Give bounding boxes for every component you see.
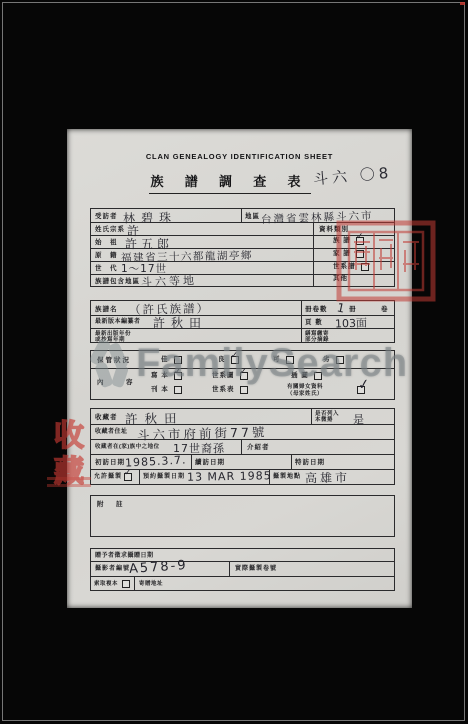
content-option-manuscript: 寫 本 ✓ <box>151 372 182 380</box>
checkbox <box>361 263 369 271</box>
copy-request-label: 索取複本 <box>94 581 118 588</box>
condition-option-excellent: 佳 <box>161 356 182 364</box>
pages-label: 頁 數 <box>305 319 323 326</box>
photographer-number-label: 攝影者編號 <box>95 566 130 573</box>
filming-place-label: 攝製地點 <box>273 474 301 481</box>
handwritten-page-note: 斗六 〇8 <box>312 162 393 190</box>
volumes-value: 1 <box>336 300 346 315</box>
red-collection-seal: 收藏 <box>45 419 91 529</box>
content-option-lineage-chart: 世系圖 ✓ <box>212 372 248 380</box>
interviewee-label: 受訪者 <box>95 213 118 220</box>
microfilmed-label-line2: 本微捲 <box>315 417 333 424</box>
condition-table: 保管狀況 佳 良 ✓ 可 劣 內 容 寫 本 ✓ 刊 本 世 <box>90 350 395 400</box>
category-option-family: 家 譜 <box>333 250 364 258</box>
contents-label: 內 容 <box>97 379 141 386</box>
checkbox <box>356 250 364 258</box>
actual-roll-label: 實際攝製卷號 <box>235 566 277 573</box>
microfilm-scan: CLAN GENEALOGY IDENTIFICATION SHEET 族 譜 … <box>0 0 468 724</box>
revisit-label: 續訪日期 <box>195 459 225 466</box>
area-value: 台灣省雲林縣斗六市 <box>261 208 374 227</box>
volume-unit: 冊 <box>349 306 357 313</box>
condition-option-fair: 可 <box>273 356 294 364</box>
condition-label: 保管狀況 <box>97 357 131 364</box>
first-ancestor-label: 始 祖 <box>95 239 118 246</box>
first-visit-value: 1985.3.7. <box>125 453 187 469</box>
editor-value: 許秋田 <box>153 314 207 331</box>
filming-place-value: 高雄市 <box>305 469 350 487</box>
introducer-label: 介紹者 <box>247 444 270 451</box>
first-visit-label: 初訪日期 <box>95 459 125 466</box>
category-option-clan: 族 譜 ✓ <box>333 237 364 245</box>
special-visit-label: 特訪日期 <box>295 459 325 466</box>
keeper-position-label: 收藏者在(家)族中之地位 <box>95 444 160 451</box>
appointment-label: 預約攝製日期 <box>143 474 185 481</box>
keeper-label: 收藏者 <box>95 414 118 421</box>
remarks-label: 附 註 <box>97 501 126 508</box>
sheet-title-english: CLAN GENEALOGY IDENTIFICATION SHEET <box>67 152 412 161</box>
origin-label: 原 籍 <box>95 252 118 259</box>
category-option-lineage: 世系譜 <box>333 263 369 271</box>
checkbox-checked: ✓ <box>357 386 365 394</box>
volume-table: 族譜名 （許氏族譜） 冊卷數 1 冊 卷 最新版本編纂者 許秋田 頁 數 103… <box>90 300 395 343</box>
pages-value: 103面 <box>335 314 368 331</box>
fascicle-unit: 卷 <box>381 306 389 313</box>
mailing-address-label: 寄贈地址 <box>139 581 163 588</box>
generations-label: 世 代 <box>95 265 118 272</box>
remarks-box: 附 註 <box>90 495 395 537</box>
filming-permitted-label: 允許攝製 <box>94 474 122 481</box>
coverage-label: 族譜包含地區 <box>95 278 140 285</box>
red-mark <box>460 2 465 5</box>
content-option-women: 有關婦女資料 （母家姓氏） <box>287 384 323 397</box>
photographer-number-value: A578-9 <box>129 558 189 577</box>
title-label: 族譜名 <box>95 306 118 313</box>
condition-option-good: 良 ✓ <box>218 356 239 364</box>
condition-option-poor: 劣 <box>323 356 344 364</box>
transcribe-label-line2: 部分摘錄 <box>305 337 329 344</box>
category-option-other: 其他 <box>333 275 348 282</box>
volumes-label: 冊卷數 <box>305 306 328 313</box>
checkbox-checked: ✓ <box>356 237 364 245</box>
genealogy-sheet: CLAN GENEALOGY IDENTIFICATION SHEET 族 譜 … <box>67 129 412 608</box>
publish-year-label-line2: 或抄寫年期 <box>95 337 125 344</box>
interviewee-table: 受訪者 林碧珠 地區 台灣省雲林縣斗六市 姓氏宗系 許 始 祖 許五郎 原 籍 … <box>90 208 395 287</box>
area-label: 地區 <box>245 213 260 220</box>
microfilmed-value: 是 <box>353 411 364 427</box>
content-option-illustration: 插 圖 <box>291 372 322 380</box>
content-option-lineage-table: 世系表 <box>212 386 248 394</box>
category-header: 資料類別 <box>319 226 349 233</box>
surname-label: 姓氏宗系 <box>95 226 125 233</box>
appointment-value: 13 MAR 1985 <box>187 469 272 483</box>
donor-date-label: 贈予者徵求攝贈日期 <box>95 553 154 560</box>
checkbox <box>122 580 130 588</box>
keeper-address-label: 收藏者住址 <box>95 429 128 436</box>
checkbox-checked: ✓ <box>124 473 132 481</box>
coverage-value: 斗六等地 <box>141 272 198 290</box>
sheet-title-chinese: 族 譜 調 查 表 <box>149 171 311 194</box>
seal-bar <box>47 477 91 480</box>
content-option-print: 刊 本 <box>151 386 182 394</box>
filming-admin-table: 贈予者徵求攝贈日期 攝影者編號 A578-9 實際攝製卷號 索取複本 寄贈地址 <box>90 548 395 591</box>
editor-label: 最新版本編纂者 <box>95 319 141 326</box>
keeper-table: 收藏者 許秋田 是否列入 本微捲 是 收藏者住址 斗六市府前街77號 收藏者在(… <box>90 408 395 485</box>
